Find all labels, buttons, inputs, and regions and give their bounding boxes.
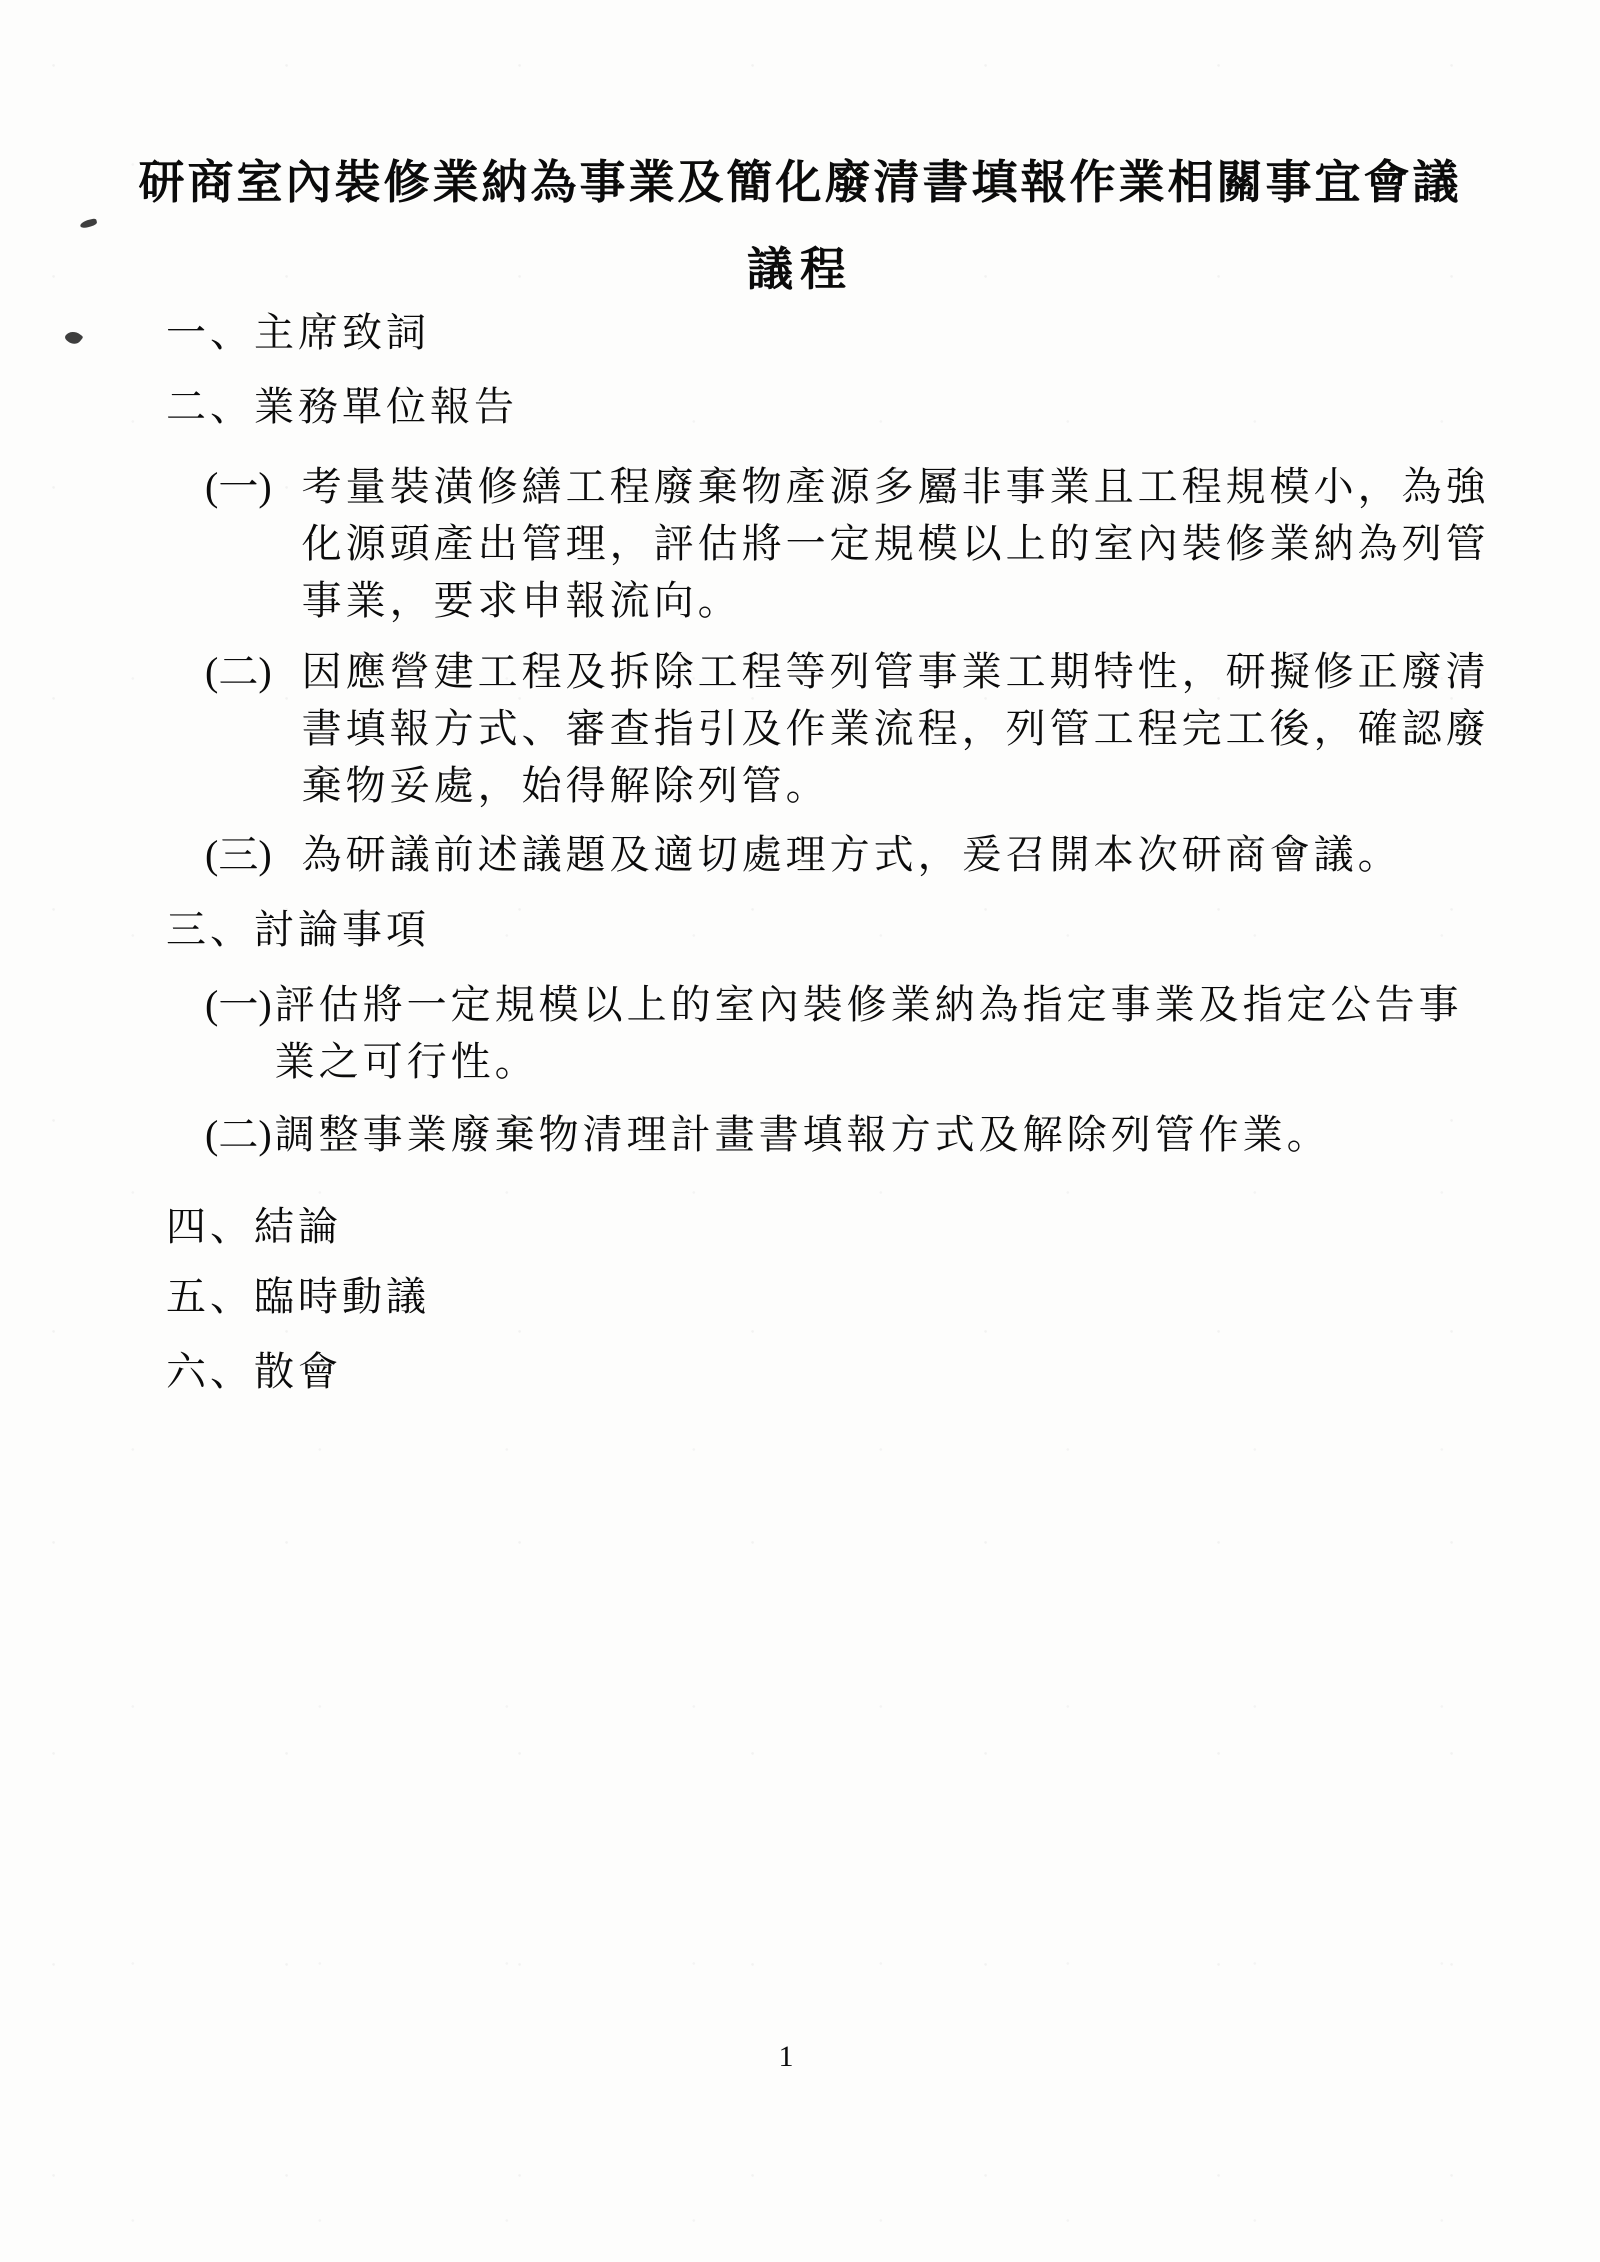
agenda-item-6-text: 散會: [254, 1349, 342, 1394]
discussion-item-2: (二) 調整事業廢棄物清理計畫書填報方式及解除列管作業。: [0, 1106, 1600, 1163]
discussion-item-1-text: 評估將一定規模以上的室內裝修業納為指定事業及指定公告事業之可行性。: [275, 976, 1497, 1090]
discussion-item-2-text: 調整事業廢棄物清理計畫書填報方式及解除列管作業。: [275, 1106, 1497, 1163]
discussion-item-1: (一) 評估將一定規模以上的室內裝修業納為指定事業及指定公告事業之可行性。: [0, 976, 1600, 1090]
discussion-item-1-number: (一): [205, 976, 272, 1033]
scan-artifact-mark: [79, 218, 97, 229]
agenda-item-4: 四、結論: [0, 1198, 1600, 1255]
discussion-item-2-number: (二): [205, 1106, 272, 1163]
agenda-item-4-number: 四、: [166, 1204, 254, 1249]
report-item-2: (二) 因應營建工程及拆除工程等列管事業工期特性，研擬修正廢清書填報方式、審查指…: [0, 643, 1600, 814]
report-item-1: (一) 考量裝潢修繕工程廢棄物產源多屬非事業且工程規模小，為強化源頭產出管理，評…: [0, 458, 1600, 629]
agenda-item-5: 五、臨時動議: [0, 1268, 1600, 1325]
report-item-2-number: (二): [205, 643, 272, 700]
agenda-item-2-number: 二、: [166, 384, 254, 429]
page-number: 1: [0, 2040, 1572, 2074]
report-item-2-text: 因應營建工程及拆除工程等列管事業工期特性，研擬修正廢清書填報方式、審查指引及作業…: [302, 643, 1498, 814]
agenda-item-3-number: 三、: [166, 907, 254, 952]
report-item-3-number: (三): [205, 826, 272, 883]
report-item-1-number: (一): [205, 458, 272, 515]
report-item-1-text: 考量裝潢修繕工程廢棄物產源多屬非事業且工程規模小，為強化源頭產出管理，評估將一定…: [302, 458, 1498, 629]
document-title: 研商室內裝修業納為事業及簡化廢清書填報作業相關事宜會議: [0, 0, 1600, 216]
agenda-item-2-text: 業務單位報告: [254, 384, 518, 429]
agenda-item-1: 一、主席致詞: [0, 304, 1600, 361]
document-subtitle: 議程: [0, 242, 1600, 298]
report-item-3: (三) 為研議前述議題及適切處理方式，爰召開本次研商會議。: [0, 826, 1600, 883]
agenda-item-6-number: 六、: [166, 1349, 254, 1394]
agenda-item-5-text: 臨時動議: [254, 1274, 430, 1319]
agenda-item-4-text: 結論: [254, 1204, 342, 1249]
agenda-item-3: 三、討論事項: [0, 901, 1600, 958]
agenda-item-5-number: 五、: [166, 1274, 254, 1319]
agenda-item-1-text: 主席致詞: [254, 310, 430, 355]
agenda-item-1-number: 一、: [166, 310, 254, 355]
agenda-item-6: 六、散會: [0, 1343, 1600, 1400]
agenda-item-3-text: 討論事項: [254, 907, 430, 952]
report-item-3-text: 為研議前述議題及適切處理方式，爰召開本次研商會議。: [302, 826, 1498, 883]
agenda-item-2: 二、業務單位報告: [0, 378, 1600, 435]
document-page: 研商室內裝修業納為事業及簡化廢清書填報作業相關事宜會議 議程 一、主席致詞 二、…: [0, 0, 1600, 2262]
